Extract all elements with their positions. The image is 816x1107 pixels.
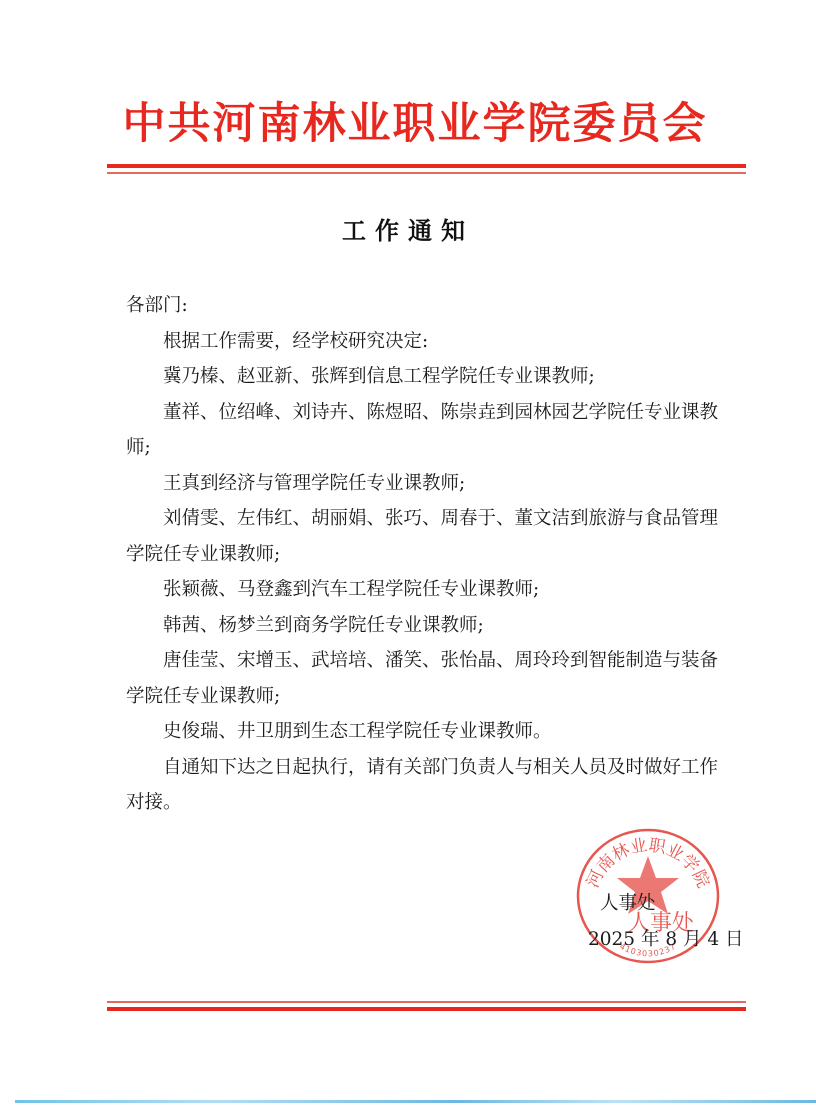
paragraph: 唐佳莹、宋增玉、武培培、潘笑、张怡晶、周玲玲到智能制造与装备学院任专业课教师; bbox=[126, 643, 726, 714]
paragraph: 张颖薇、马登鑫到汽车工程学院任专业课教师; bbox=[126, 572, 726, 608]
signature-block: 人事处 2025 年 8 月 4 日 bbox=[588, 886, 744, 958]
paragraph: 自通知下达之日起执行，请有关部门负责人与相关人员及时做好工作对接。 bbox=[126, 750, 726, 821]
signing-date: 2025 年 8 月 4 日 bbox=[588, 922, 744, 958]
paragraph: 根据工作需要，经学校研究决定: bbox=[126, 324, 726, 360]
footer-divider-thin bbox=[107, 1001, 746, 1003]
scan-edge-artifact bbox=[15, 1100, 816, 1103]
signing-department: 人事处 bbox=[588, 886, 744, 922]
paragraph: 董祥、位绍峰、刘诗卉、陈煜昭、陈崇垚到园林园艺学院任专业课教师; bbox=[126, 395, 726, 466]
document-body: 各部门: 根据工作需要，经学校研究决定: 冀乃榛、赵亚新、张辉到信息工程学院任专… bbox=[126, 288, 726, 821]
paragraph: 王真到经济与管理学院任专业课教师; bbox=[126, 466, 726, 502]
salutation: 各部门: bbox=[126, 288, 726, 324]
paragraph: 冀乃榛、赵亚新、张辉到信息工程学院任专业课教师; bbox=[126, 359, 726, 395]
footer-divider-thick bbox=[107, 1007, 746, 1011]
document-title: 工作通知 bbox=[0, 211, 816, 246]
paragraph: 史俊瑞、井卫朋到生态工程学院任专业课教师。 bbox=[126, 714, 726, 750]
paragraph: 韩茜、杨梦兰到商务学院任专业课教师; bbox=[126, 608, 726, 644]
paragraph: 刘倩雯、左伟红、胡丽娟、张巧、周春于、董文洁到旅游与食品管理学院任专业课教师; bbox=[126, 501, 726, 572]
organization-header: 中共河南林业职业学院委员会 bbox=[110, 96, 720, 152]
header-divider-thin bbox=[107, 172, 746, 174]
header-divider-thick bbox=[107, 164, 746, 168]
